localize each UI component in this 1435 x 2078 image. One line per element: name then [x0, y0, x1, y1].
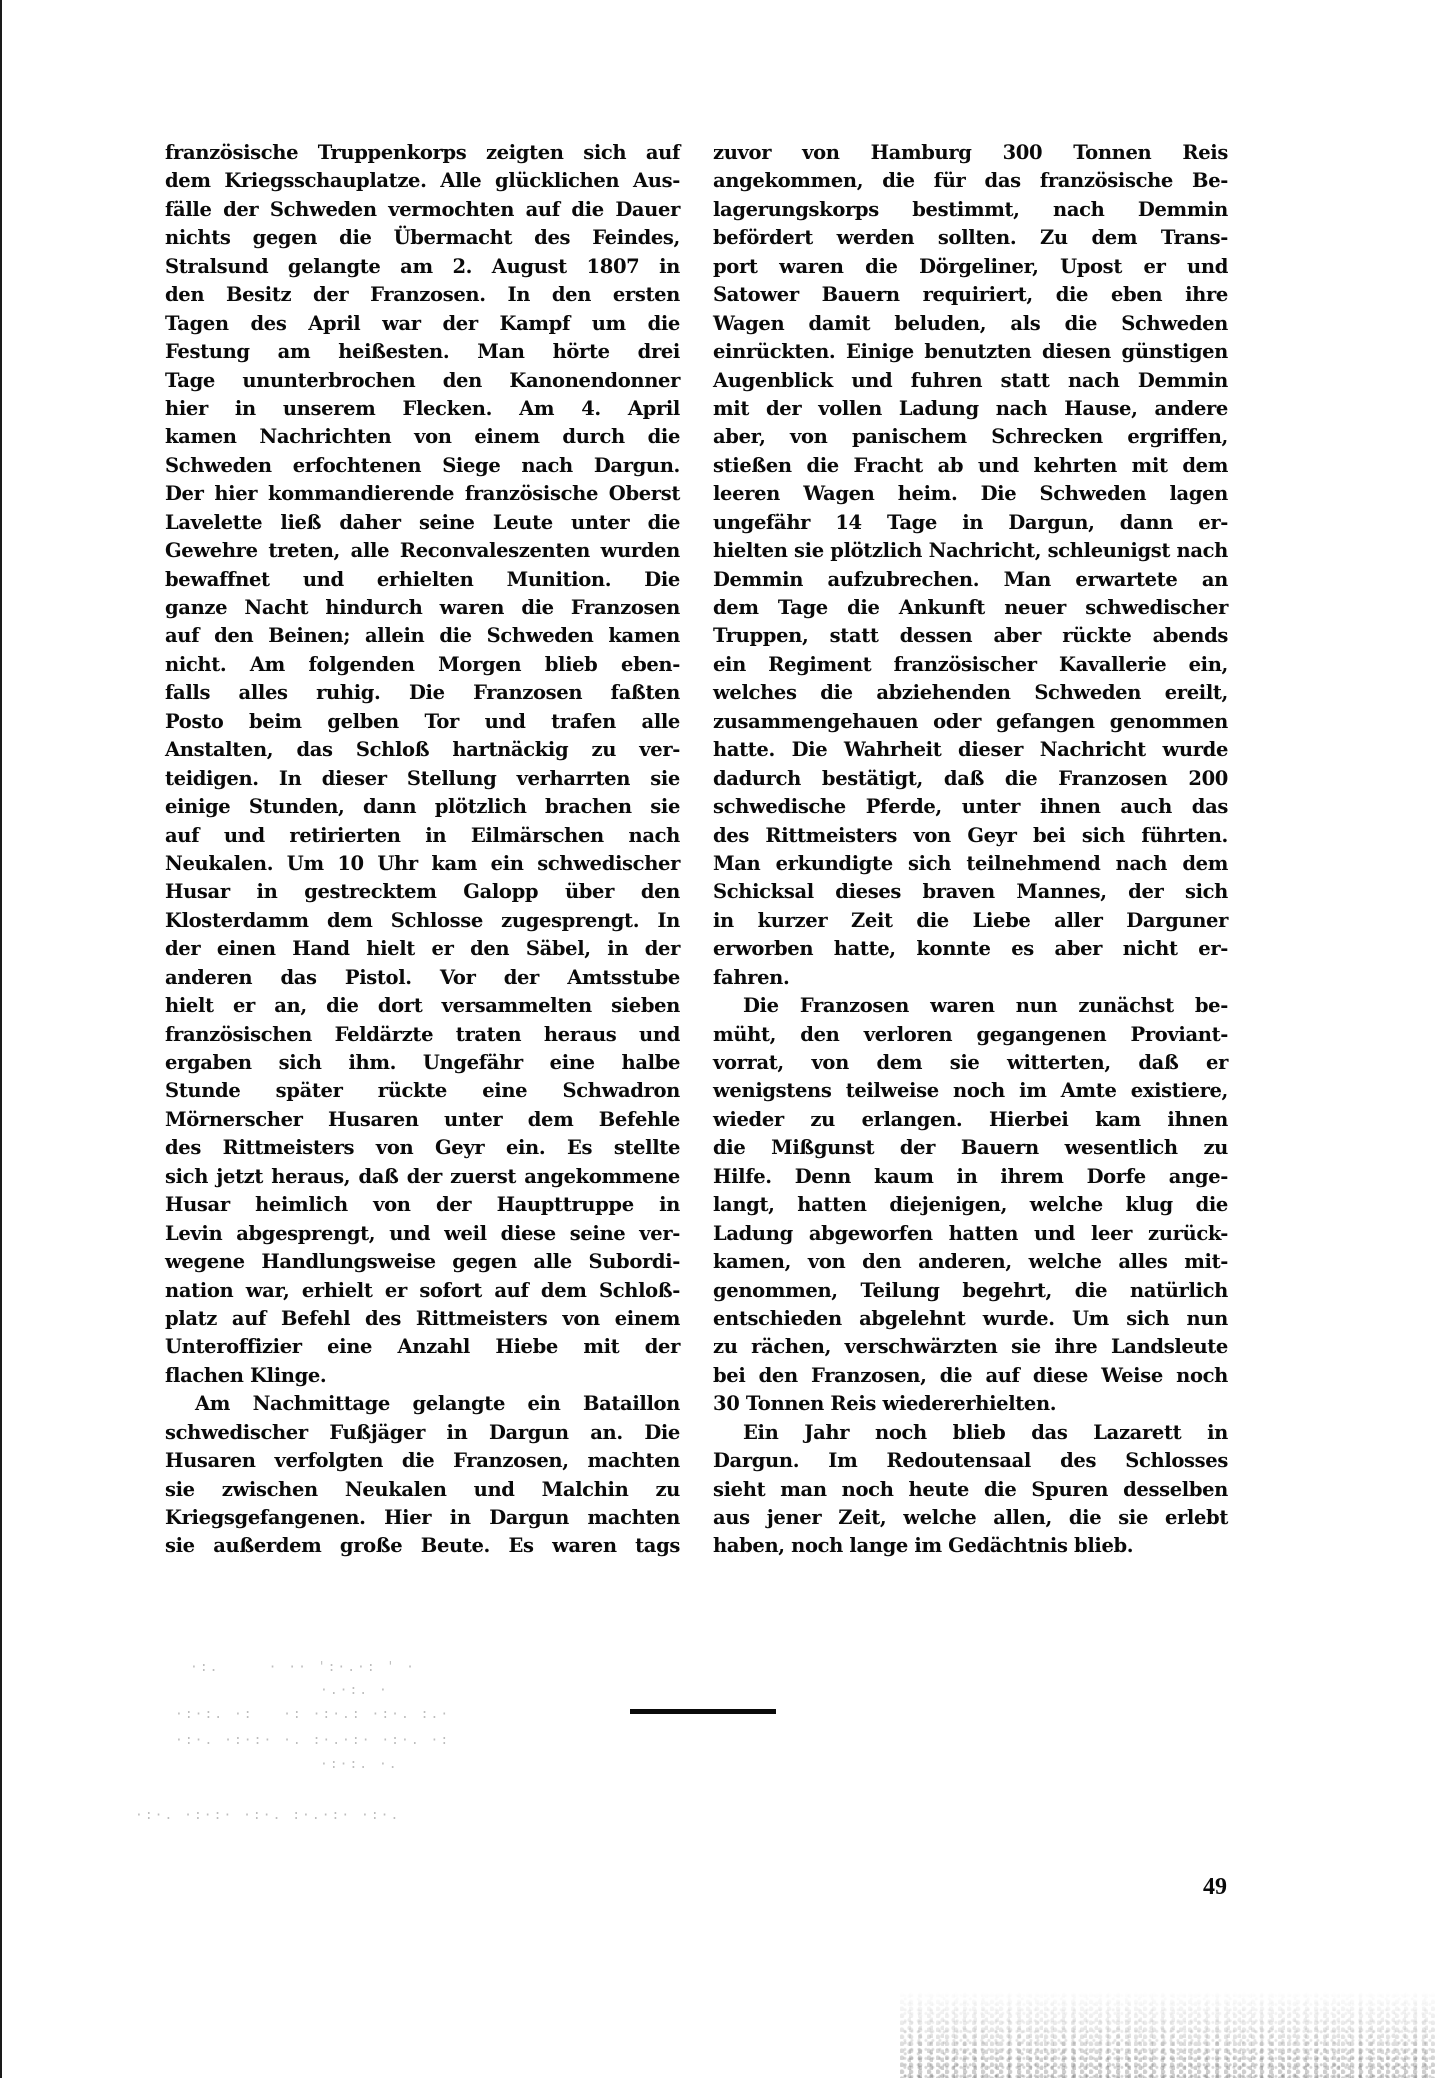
text-line: lagerungskorps bestimmt, nach Demmin	[713, 196, 1228, 224]
text-line: Unteroffizier eine Anzahl Hiebe mit der	[165, 1333, 680, 1361]
text-line: Klosterdamm dem Schlosse zugesprengt. In	[165, 907, 680, 935]
text-line: nicht. Am folgenden Morgen blieb eben-	[165, 651, 680, 679]
text-line: Wagen damit beluden, als die Schweden	[713, 310, 1228, 338]
text-line: ungefähr 14 Tage in Dargun, dann er-	[713, 509, 1228, 537]
text-line: hier in unserem Flecken. Am 4. April	[165, 395, 680, 423]
text-line: Mörnerscher Husaren unter dem Befehle	[165, 1106, 680, 1134]
text-line: nation war, erhielt er sofort auf dem Sc…	[165, 1277, 680, 1305]
text-line: befördert werden sollten. Zu dem Trans-	[713, 224, 1228, 252]
text-line: kamen Nachrichten von einem durch die	[165, 423, 680, 451]
text-line: vorrat, von dem sie witterten, daß er	[713, 1049, 1228, 1077]
text-line: schwedischer Fußjäger in Dargun an. Die	[165, 1419, 680, 1447]
text-line: des Rittmeisters von Geyr bei sich führt…	[713, 822, 1228, 850]
page-edge	[0, 0, 2, 2078]
text-line: kamen, von den anderen, welche alles mit…	[713, 1248, 1228, 1276]
text-line: Demmin aufzubrechen. Man erwartete an	[713, 566, 1228, 594]
bleed-through-text: ·.·:. ·	[320, 1683, 389, 1698]
text-line: bei den Franzosen, die auf diese Weise n…	[713, 1362, 1228, 1390]
text-line: die Mißgunst der Bauern wesentlich zu	[713, 1134, 1228, 1162]
text-line: dem Tage die Ankunft neuer schwedischer	[713, 594, 1228, 622]
bleed-through-text: ·:·:. ·: ·: ·:·.: ·:·. :.·	[175, 1707, 450, 1722]
text-line: der einen Hand hielt er den Säbel, in de…	[165, 935, 680, 963]
text-line: den Besitz der Franzosen. In den ersten	[165, 281, 680, 309]
text-line: bewaffnet und erhielten Munition. Die	[165, 566, 680, 594]
text-line: wenigstens teilweise noch im Amte existi…	[713, 1077, 1228, 1105]
text-line: Schicksal dieses braven Mannes, der sich	[713, 878, 1228, 906]
text-line: zu rächen, verschwärzten sie ihre Landsl…	[713, 1333, 1228, 1361]
text-line: Tagen des April war der Kampf um die	[165, 310, 680, 338]
bleed-through-text: ·:·. ·:·:· ·. :·.·:· ·:·. ·:	[175, 1733, 450, 1748]
scan-noise	[900, 1990, 1435, 2078]
section-divider-rule	[630, 1709, 776, 1714]
paragraph-end-line: 30 Tonnen Reis wiedererhielten.	[713, 1390, 1228, 1418]
text-line: Satower Bauern requiriert, die eben ihre	[713, 281, 1228, 309]
text-line: Husar in gestrecktem Galopp über den	[165, 878, 680, 906]
text-line: genommen, Teilung begehrt, die natürlich	[713, 1277, 1228, 1305]
bleed-through-text: ·:. · ·· ':·.·: ' ·	[190, 1660, 416, 1675]
text-line: Kriegsgefangenen. Hier in Dargun machten	[165, 1504, 680, 1532]
text-line: Truppen, statt dessen aber rückte abends	[713, 622, 1228, 650]
text-line: Neukalen. Um 10 Uhr kam ein schwedischer	[165, 850, 680, 878]
text-line: Stunde später rückte eine Schwadron	[165, 1077, 680, 1105]
text-line: dem Kriegsschauplatze. Alle glücklichen …	[165, 167, 680, 195]
text-line: französischen Feldärzte traten heraus un…	[165, 1021, 680, 1049]
text-line: Husar heimlich von der Haupttruppe in	[165, 1191, 680, 1219]
text-line: auf den Beinen; allein die Schweden kame…	[165, 622, 680, 650]
text-line: teidigen. In dieser Stellung verharrten …	[165, 765, 680, 793]
text-line: hielten sie plötzlich Nachricht, schleun…	[713, 537, 1228, 565]
text-line: einrückten. Einige benutzten diesen güns…	[713, 338, 1228, 366]
text-line: erworben hatte, konnte es aber nicht er-	[713, 935, 1228, 963]
text-line: mit der vollen Ladung nach Hause, andere	[713, 395, 1228, 423]
text-line: des Rittmeisters von Geyr ein. Es stellt…	[165, 1134, 680, 1162]
text-line: wegene Handlungsweise gegen alle Subordi…	[165, 1248, 680, 1276]
page-number: 49	[1203, 1874, 1227, 1901]
text-line: nichts gegen die Übermacht des Feindes,	[165, 224, 680, 252]
text-line: sie außerdem große Beute. Es waren tags	[165, 1532, 680, 1560]
text-line: Schweden erfochtenen Siege nach Dargun.	[165, 452, 680, 480]
text-line: Ladung abgeworfen hatten und leer zurück…	[713, 1220, 1228, 1248]
text-line: einige Stunden, dann plötzlich brachen s…	[165, 793, 680, 821]
paragraph-end-line: haben, noch lange im Gedächtnis blieb.	[713, 1532, 1228, 1560]
paragraph-end-line: fahren.	[713, 964, 1228, 992]
text-line: welches die abziehenden Schweden ereilt,	[713, 679, 1228, 707]
text-line: falls alles ruhig. Die Franzosen faßten	[165, 679, 680, 707]
text-line: sieht man noch heute die Spuren desselbe…	[713, 1476, 1228, 1504]
text-line: Anstalten, das Schloß hartnäckig zu ver-	[165, 736, 680, 764]
text-line: hielt er an, die dort versammelten siebe…	[165, 992, 680, 1020]
text-line: ein Regiment französischer Kavallerie ei…	[713, 651, 1228, 679]
text-line: platz auf Befehl des Rittmeisters von ei…	[165, 1305, 680, 1333]
text-line: Augenblick und fuhren statt nach Demmin	[713, 367, 1228, 395]
text-line: aber, von panischem Schrecken ergriffen,	[713, 423, 1228, 451]
text-line: französische Truppenkorps zeigten sich a…	[165, 139, 680, 167]
text-line: ergaben sich ihm. Ungefähr eine halbe	[165, 1049, 680, 1077]
text-column-left: französische Truppenkorps zeigten sich a…	[165, 139, 680, 1561]
text-line: Tage ununterbrochen den Kanonendonner	[165, 367, 680, 395]
text-line: langt, hatten diejenigen, welche klug di…	[713, 1191, 1228, 1219]
text-line: sie zwischen Neukalen und Malchin zu	[165, 1476, 680, 1504]
text-line: Hilfe. Denn kaum in ihrem Dorfe ange-	[713, 1163, 1228, 1191]
text-line: anderen das Pistol. Vor der Amtsstube	[165, 964, 680, 992]
text-line: leeren Wagen heim. Die Schweden lagen	[713, 480, 1228, 508]
text-line: wieder zu erlangen. Hierbei kam ihnen	[713, 1106, 1228, 1134]
text-line: Dargun. Im Redoutensaal des Schlosses	[713, 1447, 1228, 1475]
text-line: Lavelette ließ daher seine Leute unter d…	[165, 509, 680, 537]
text-line: entschieden abgelehnt wurde. Um sich nun	[713, 1305, 1228, 1333]
text-line: stießen die Fracht ab und kehrten mit de…	[713, 452, 1228, 480]
text-line: Man erkundigte sich teilnehmend nach dem	[713, 850, 1228, 878]
paragraph-start-line: Ein Jahr noch blieb das Lazarett in	[713, 1419, 1228, 1447]
text-line: zusammengehauen oder gefangen genommen	[713, 708, 1228, 736]
text-line: Posto beim gelben Tor und trafen alle	[165, 708, 680, 736]
text-line: fälle der Schweden vermochten auf die Da…	[165, 196, 680, 224]
text-line: Levin abgesprengt, und weil diese seine …	[165, 1220, 680, 1248]
paragraph-end-line: flachen Klinge.	[165, 1362, 680, 1390]
text-line: sich jetzt heraus, daß der zuerst angeko…	[165, 1163, 680, 1191]
text-line: angekommen, die für das französische Be-	[713, 167, 1228, 195]
text-line: Gewehre treten, alle Reconvaleszenten wu…	[165, 537, 680, 565]
bleed-through-text: ·:·. ·:·:· ·:·. :·.·:· ·:·.	[135, 1808, 400, 1823]
text-line: zuvor von Hamburg 300 Tonnen Reis	[713, 139, 1228, 167]
paragraph-start-line: Am Nachmittage gelangte ein Bataillon	[165, 1390, 680, 1418]
text-line: dadurch bestätigt, daß die Franzosen 200	[713, 765, 1228, 793]
bleed-through-text: ·:·:. ·.	[320, 1757, 399, 1772]
text-line: aus jener Zeit, welche allen, die sie er…	[713, 1504, 1228, 1532]
text-line: Stralsund gelangte am 2. August 1807 in	[165, 253, 680, 281]
text-line: Husaren verfolgten die Franzosen, machte…	[165, 1447, 680, 1475]
text-line: auf und retirierten in Eilmärschen nach	[165, 822, 680, 850]
paragraph-start-line: Die Franzosen waren nun zunächst be-	[713, 992, 1228, 1020]
text-line: Festung am heißesten. Man hörte drei	[165, 338, 680, 366]
text-line: ganze Nacht hindurch waren die Franzosen	[165, 594, 680, 622]
text-line: Der hier kommandierende französische Obe…	[165, 480, 680, 508]
text-line: müht, den verloren gegangenen Proviant-	[713, 1021, 1228, 1049]
text-column-right: zuvor von Hamburg 300 Tonnen Reis angeko…	[713, 139, 1228, 1561]
text-line: schwedische Pferde, unter ihnen auch das	[713, 793, 1228, 821]
text-line: port waren die Dörgeliner, Upost er und	[713, 253, 1228, 281]
text-line: in kurzer Zeit die Liebe aller Darguner	[713, 907, 1228, 935]
text-line: hatte. Die Wahrheit dieser Nachricht wur…	[713, 736, 1228, 764]
